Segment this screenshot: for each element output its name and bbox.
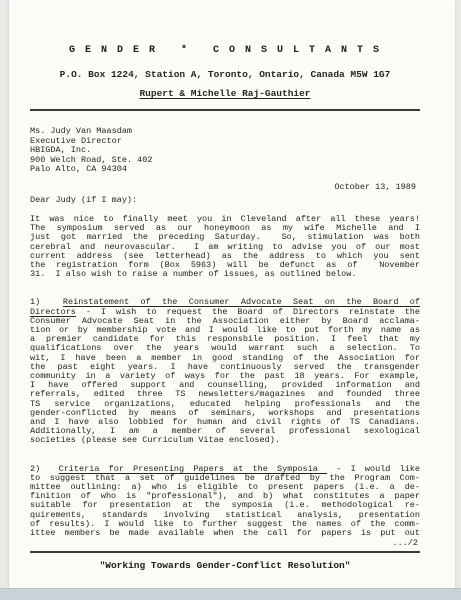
scanned-letter-page: G E N D E R * C O N S U L T A N T S P.O.… (0, 0, 461, 600)
letterhead-divider (30, 109, 420, 111)
paragraph: 1) Reinstatement of the Consumer Advocat… (30, 298, 420, 445)
letterhead-address: P.O. Box 1224, Station A, Toronto, Ontar… (30, 70, 420, 80)
text-line: societies (please see Curriculum Vitae e… (30, 436, 420, 445)
salutation: Dear Judy (if I may): (30, 196, 420, 206)
footer-divider (30, 551, 420, 553)
paragraph: It was nice to finally meet you in Cleve… (30, 215, 420, 279)
letter-paper: G E N D E R * C O N S U L T A N T S P.O.… (9, 0, 455, 588)
footer-motto: "Working Towards Gender-Conflict Resolut… (30, 561, 420, 571)
text-line: ittee members be made available when the… (30, 529, 420, 538)
letter-date: October 13, 1989 (30, 183, 420, 193)
letterhead-names: Rupert & Michelle Raj-Gauthier (30, 89, 420, 99)
paragraph: 2) Criteria for Presenting Papers at the… (30, 465, 420, 539)
letterhead-title: G E N D E R * C O N S U L T A N T S (30, 46, 420, 56)
scan-edge-band (0, 588, 461, 600)
recipient-address: Ms. Judy Van MaasdamExecutive DirectorHB… (30, 127, 420, 175)
page-marker: .../2 (30, 539, 420, 548)
text-line: 31. I also wish to raise a number of iss… (30, 270, 420, 279)
recipient-line: Palo Alto, CA 94304 (30, 165, 420, 175)
letter-body: It was nice to finally meet you in Cleve… (30, 215, 420, 538)
